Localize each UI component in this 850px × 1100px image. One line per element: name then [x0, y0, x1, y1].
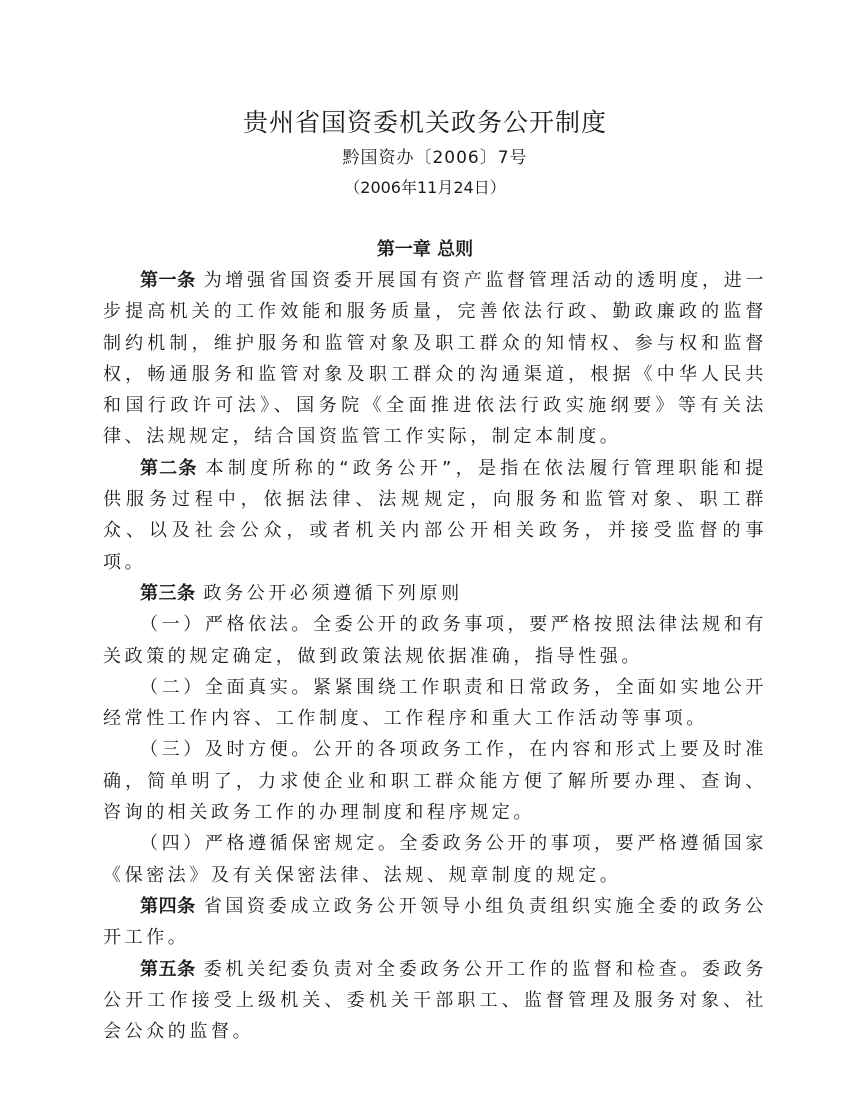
- principle-1: （一）严格依法。全委公开的政务事项，要严格按照法律法规和有关政策的规定确定，做到…: [103, 609, 767, 672]
- document-title: 贵州省国资委机关政务公开制度: [0, 103, 850, 139]
- principle-2: （二）全面真实。紧紧围绕工作职责和日常政务，全面如实地公开经常性工作内容、工作制…: [103, 672, 767, 735]
- article-text: 为增强省国资委开展国有资产监督管理活动的透明度，进一步提高机关的工作效能和服务质…: [103, 270, 767, 447]
- principle-text: （二）全面真实。紧紧围绕工作职责和日常政务，全面如实地公开经常性工作内容、工作制…: [103, 677, 767, 729]
- article-label: 第三条: [140, 583, 196, 604]
- principle-text: （三）及时方便。公开的各项政务工作，在内容和形式上要及时准确，简单明了，力求使企…: [103, 739, 767, 823]
- principle-text: （一）严格依法。全委公开的政务事项，要严格按照法律法规和有关政策的规定确定，做到…: [103, 614, 767, 666]
- article-label: 第四条: [140, 896, 196, 917]
- article-text: 委机关纪委负责对全委政务公开工作的监督和检查。委政务公开工作接受上级机关、委机关…: [103, 959, 767, 1043]
- chapter-heading: 第一章 总则: [0, 235, 850, 261]
- principle-4: （四）严格遵循保密规定。全委政务公开的事项，要严格遵循国家《保密法》及有关保密法…: [103, 828, 767, 891]
- document-body: 第一条为增强省国资委开展国有资产监督管理活动的透明度，进一步提高机关的工作效能和…: [103, 265, 767, 1047]
- article-1: 第一条为增强省国资委开展国有资产监督管理活动的透明度，进一步提高机关的工作效能和…: [103, 265, 767, 453]
- principle-3: （三）及时方便。公开的各项政务工作，在内容和形式上要及时准确，简单明了，力求使企…: [103, 734, 767, 828]
- article-text: 省国资委成立政务公开领导小组负责组织实施全委的政务公开工作。: [103, 896, 767, 948]
- article-label: 第一条: [140, 270, 196, 291]
- article-3: 第三条政务公开必须遵循下列原则: [103, 578, 767, 609]
- article-4: 第四条省国资委成立政务公开领导小组负责组织实施全委的政务公开工作。: [103, 891, 767, 954]
- article-text: 政务公开必须遵循下列原则: [204, 583, 463, 604]
- document-date: （2006年11月24日）: [0, 175, 850, 198]
- principle-text: （四）严格遵循保密规定。全委政务公开的事项，要严格遵循国家《保密法》及有关保密法…: [103, 833, 767, 885]
- article-text: 本制度所称的“政务公开”，是指在依法履行管理职能和提供服务过程中，依据法律、法规…: [103, 458, 767, 573]
- article-label: 第五条: [140, 959, 196, 980]
- document-page: 贵州省国资委机关政务公开制度 黔国资办〔2006〕7号 （2006年11月24日…: [0, 0, 850, 1100]
- document-number: 黔国资办〔2006〕7号: [0, 143, 850, 168]
- article-2: 第二条本制度所称的“政务公开”，是指在依法履行管理职能和提供服务过程中，依据法律…: [103, 453, 767, 578]
- article-5: 第五条委机关纪委负责对全委政务公开工作的监督和检查。委政务公开工作接受上级机关、…: [103, 954, 767, 1048]
- article-label: 第二条: [140, 458, 198, 479]
